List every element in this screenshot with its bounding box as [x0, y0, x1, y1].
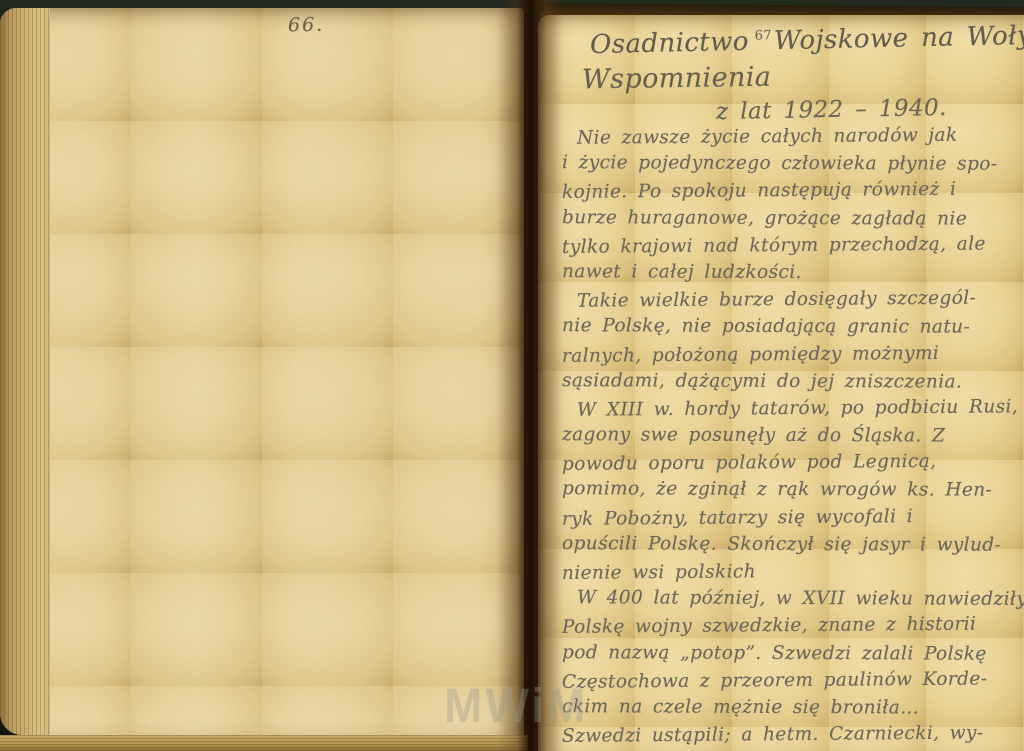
- handwritten-line: pod nazwą „potop”. Szwedzi zalali Polskę: [562, 639, 1024, 668]
- handwritten-line: Nie zawsze życie całych narodów jak: [562, 121, 1024, 152]
- handwritten-line: ryk Pobożny, tatarzy się wycofali i: [562, 502, 1024, 533]
- handwritten-line: ckim na czele mężnie się broniła…: [562, 693, 1024, 722]
- handwritten-line: i życie pojedynczego człowieka płynie sp…: [562, 149, 1024, 178]
- handwritten-line: powodu oporu polaków pod Legnicą,: [562, 447, 1024, 478]
- book-gutter: [497, 0, 563, 751]
- title-rest: Wojskowe na Wołyniu: [774, 20, 1024, 56]
- handwritten-line: sąsiadami, dążącymi do jej zniszczenia.: [562, 367, 1024, 396]
- page-stack-edge-left: [0, 8, 50, 735]
- handwritten-line: nawet i całej ludzkości.: [562, 258, 1024, 287]
- page-title: Osadnictwo67Wojskowe na Wołyniu: [590, 20, 1024, 60]
- handwritten-line: nienie wsi polskich: [562, 556, 1024, 587]
- handwritten-line: Szwedzi ustąpili; a hetm. Czarniecki, wy…: [562, 719, 1024, 750]
- handwritten-line: Częstochowa z przeorem paulinów Korde-: [562, 665, 1024, 696]
- title-word-osadnictwo: Osadnictwo: [590, 27, 749, 60]
- handwritten-line: opuścili Polskę. Skończył się jasyr i wy…: [562, 530, 1024, 559]
- subtitle: Wspomnienia: [582, 62, 772, 96]
- handwritten-body: Nie zawsze życie całych narodów jak i ży…: [562, 123, 1024, 748]
- right-page-number: 67: [755, 29, 773, 44]
- handwritten-line: Takie wielkie burze dosięgały szczegól-: [562, 284, 1024, 315]
- notebook-scan: 66. Osadnictwo67Wojskowe na Wołyniu Wspo…: [0, 0, 1024, 751]
- handwritten-line: zagony swe posunęły aż do Śląska. Z: [562, 421, 1024, 450]
- handwritten-line: ralnych, położoną pomiędzy możnymi: [562, 339, 1024, 370]
- handwritten-line: burze huraganowe, grożące zagładą nie: [562, 204, 1024, 233]
- handwritten-line: tylko krajowi nad którym przechodzą, ale: [562, 230, 1024, 261]
- handwritten-line: W XIII w. hordy tatarów, po podbiciu Rus…: [562, 393, 1024, 424]
- handwritten-line: pomimo, że zginął z rąk wrogów ks. Hen-: [562, 476, 1024, 505]
- handwritten-line: Polskę wojny szwedzkie, znane z historii: [562, 611, 1024, 642]
- date-range: z lat 1922 – 1940.: [716, 95, 947, 125]
- handwritten-line: kojnie. Po spokoju następują również i: [562, 176, 1024, 207]
- watermark: MWiM: [444, 677, 588, 734]
- left-page: 66.: [0, 8, 524, 735]
- left-page-number: 66.: [288, 14, 325, 37]
- right-page: Osadnictwo67Wojskowe na Wołyniu Wspomnie…: [538, 15, 1024, 751]
- handwritten-line: nie Polskę, nie posiadającą granic natu-: [562, 312, 1024, 341]
- handwritten-line: W 400 lat później, w XVII wieku nawiedzi…: [562, 584, 1024, 613]
- page-stack-edge-bottom: [0, 735, 528, 751]
